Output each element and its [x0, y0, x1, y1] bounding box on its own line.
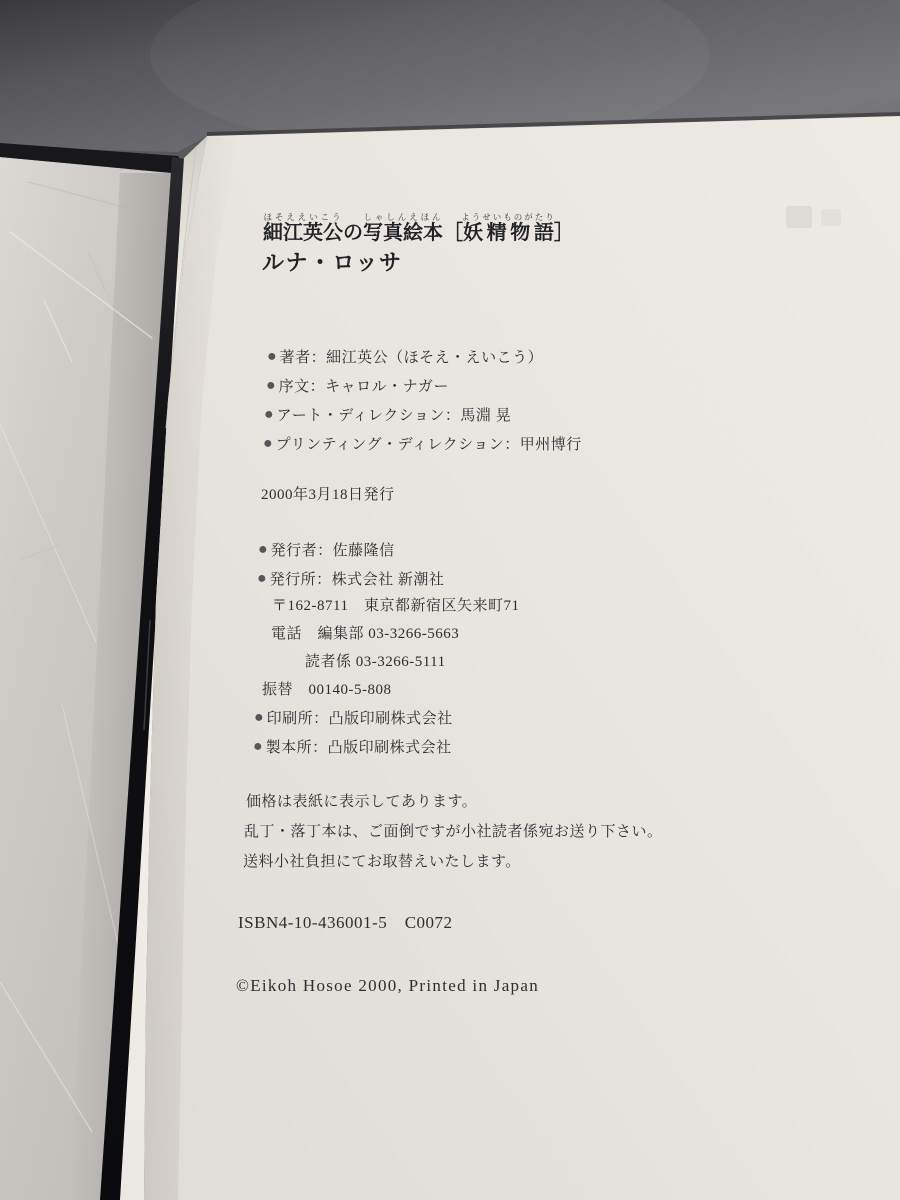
credit-preface: ●序文：キャロル・ナガー [266, 378, 449, 396]
shipping-notice: 送料小社負担にてお取替えいたします。 [243, 854, 521, 871]
bullet-marker: ● [253, 738, 263, 755]
credit-art-direction-text: アート・ディレクション：馬淵 晃 [277, 408, 512, 424]
publisher-line: ●発行所：株式会社 新潮社 [257, 571, 444, 589]
price-notice: 価格は表紙に表示してあります。 [246, 794, 477, 811]
book-title: 細江英公ほそええいこうの写真絵本しゃしんえほん［妖精物語ようせいものがたり］ [263, 212, 574, 243]
bullet-marker: ● [264, 406, 274, 423]
title-genre-base: 妖精物語 [461, 222, 556, 244]
title-series-base: 写真絵本 [363, 222, 443, 244]
publication-date: 2000年3月18日発行 [261, 487, 395, 504]
bullet-marker: ● [263, 435, 273, 452]
title-series-furigana: しゃしんえほん [363, 212, 443, 222]
publisher-address: 〒162-8711 東京都新宿区矢来町71 [272, 598, 519, 615]
title-author-ruby: 細江英公ほそええいこう [263, 222, 343, 244]
printer-text: 印刷所：凸版印刷株式会社 [267, 711, 453, 727]
isbn: ISBN4-10-436001-5 C0072 [238, 913, 453, 933]
ink-bleed-smudge [821, 209, 841, 226]
issuer-line: ●発行者：佐藤隆信 [258, 542, 395, 560]
bullet-marker: ● [266, 377, 276, 394]
issuer-text: 発行者：佐藤隆信 [271, 543, 395, 559]
credit-author-text: 著者：細江英公（ほそえ・えいこう） [280, 350, 544, 366]
colophon-page [144, 116, 900, 1200]
bullet-marker: ● [258, 541, 268, 558]
credit-art-direction: ●アート・ディレクション：馬淵 晃 [264, 407, 511, 425]
title-bracket-open: ［ [443, 222, 463, 244]
title-bracket-close: ］ [554, 222, 574, 244]
postal-transfer: 振替 00140-5-808 [262, 682, 392, 699]
title-particle: の [343, 222, 363, 244]
phone-editorial: 電話 編集部 03-3266-5663 [271, 626, 459, 643]
credit-printing-direction-text: プリンティング・ディレクション：甲州博行 [276, 437, 582, 453]
title-genre-furigana: ようせいものがたり [461, 212, 556, 222]
ink-bleed-smudge [786, 206, 812, 228]
bullet-marker: ● [257, 570, 267, 587]
phone-readers: 読者係 03-3266-5111 [305, 654, 446, 671]
title-author-base: 細江英公 [263, 222, 343, 244]
credit-printing-direction: ●プリンティング・ディレクション：甲州博行 [263, 436, 582, 454]
copyright: ©Eikoh Hosoe 2000, Printed in Japan [236, 976, 539, 996]
credit-author: ●著者：細江英公（ほそえ・えいこう） [267, 349, 543, 367]
bindery-text: 製本所：凸版印刷株式会社 [266, 740, 452, 756]
bullet-marker: ● [267, 348, 277, 365]
defect-return-notice: 乱丁・落丁本は、ご面倒ですが小社読者係宛お送り下さい。 [244, 824, 663, 841]
credit-preface-text: 序文：キャロル・ナガー [279, 379, 449, 395]
printer-line: ●印刷所：凸版印刷株式会社 [254, 710, 453, 728]
title-author-furigana: ほそええいこう [263, 212, 343, 222]
title-genre-ruby: 妖精物語ようせいものがたり [463, 222, 554, 244]
bullet-marker: ● [254, 709, 264, 726]
title-series-ruby: 写真絵本しゃしんえほん [363, 222, 443, 244]
book-subtitle: ルナ・ロッサ [262, 250, 403, 275]
bindery-line: ●製本所：凸版印刷株式会社 [253, 739, 452, 757]
book-colophon-photo: 細江英公ほそええいこうの写真絵本しゃしんえほん［妖精物語ようせいものがたり］ ル… [0, 0, 900, 1200]
publisher-text: 発行所：株式会社 新潮社 [270, 572, 445, 588]
